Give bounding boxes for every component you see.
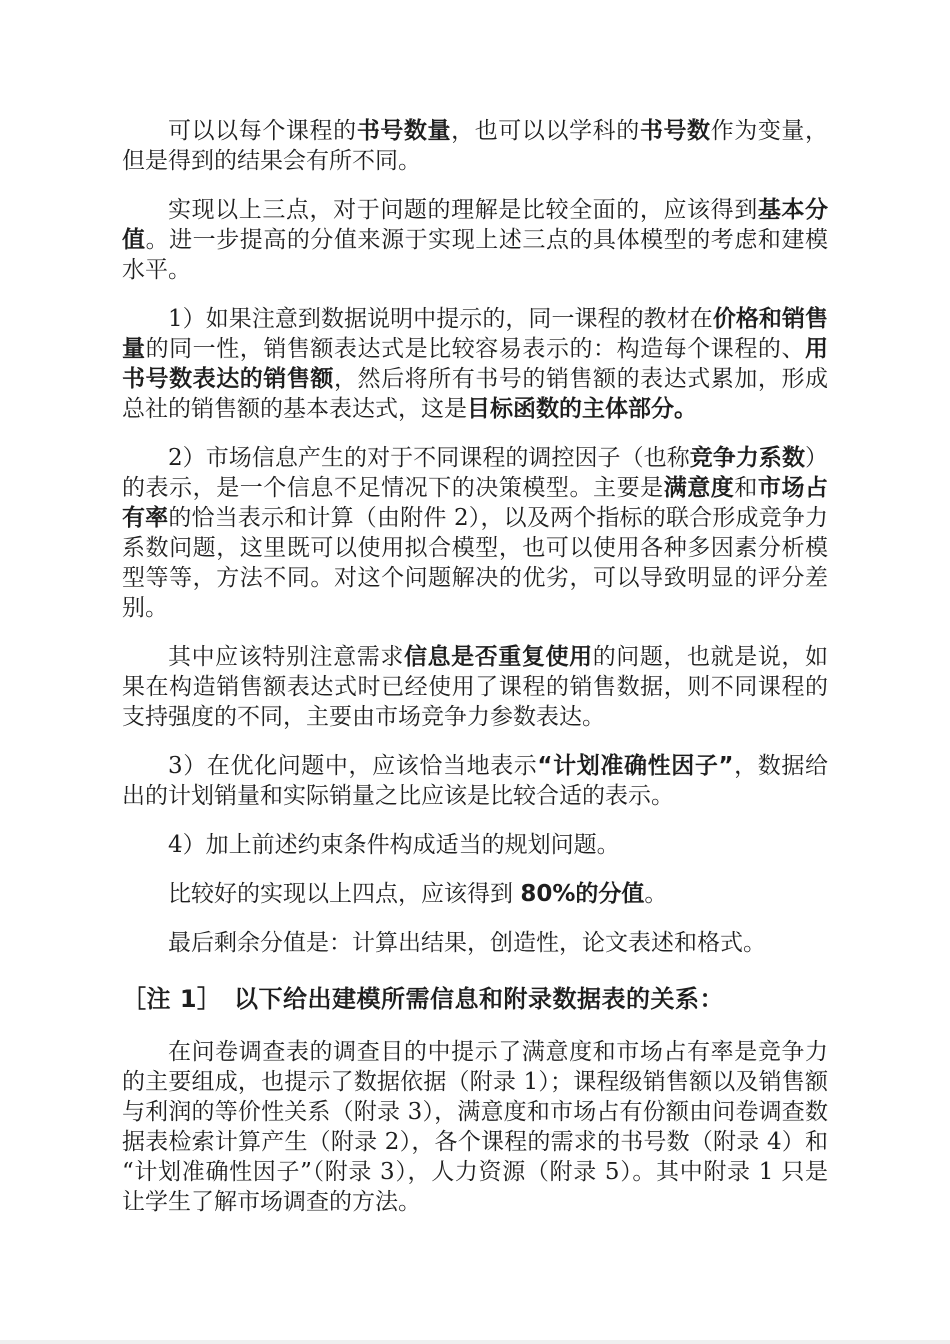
text-run: 3）在优化问题中，应该恰当地表示 xyxy=(168,753,537,779)
paragraph: 最后剩余分值是：计算出结果，创造性，论文表述和格式。 xyxy=(122,928,828,958)
text-run: 其中应该特别注意需求 xyxy=(168,644,404,670)
paragraph: 1）如果注意到数据说明中提示的，同一课程的教材在价格和销售量的同一性，销售额表达… xyxy=(122,304,828,424)
text-run: 实现以上三点，对于问题的理解是比较全面的，应该得到 xyxy=(168,197,758,223)
document-body: 可以以每个课程的书号数量，也可以以学科的书号数作为变量，但是得到的结果会有所不同… xyxy=(122,116,828,1236)
bold-text-run: 书号数 xyxy=(640,118,711,144)
text-run: 比较好的实现以上四点，应该得到 xyxy=(168,881,520,907)
bold-text-run: 目标函数的主体部分。 xyxy=(467,396,697,422)
note-heading: ［注 1］ 以下给出建模所需信息和附录数据表的关系： xyxy=(122,984,828,1014)
text-run: 1）如果注意到数据说明中提示的，同一课程的教材在 xyxy=(168,306,713,332)
text-run: 的同一性，销售额表达式是比较容易表示的：构造每个课程的、 xyxy=(146,336,805,362)
paragraph: 比较好的实现以上四点，应该得到 80%的分值。 xyxy=(122,879,828,909)
text-run: 2）市场信息产生的对于不同课程的调控因子（也称 xyxy=(168,445,690,471)
bold-text-run: 竞争力系数 xyxy=(690,445,805,471)
paragraph: 2）市场信息产生的对于不同课程的调控因子（也称竞争力系数）的表示，是一个信息不足… xyxy=(122,443,828,623)
text-run: 。进一步提高的分值来源于实现上述三点的具体模型的考虑和建模水平。 xyxy=(122,227,828,283)
text-run: 的恰当表示和计算（由附件 2），以及两个指标的联合形成竞争力系数问题，这里既可以… xyxy=(122,505,828,621)
text-run: 在问卷调查表的调查目的中提示了满意度和市场占有率是竞争力的主要组成，也提示了数据… xyxy=(122,1039,828,1215)
text-run: 。 xyxy=(644,881,667,907)
paragraph: 4）加上前述约束条件构成适当的规划问题。 xyxy=(122,830,828,860)
text-run: 最后剩余分值是：计算出结果，创造性，论文表述和格式。 xyxy=(168,930,766,956)
bold-text-run: 满意度 xyxy=(664,475,735,501)
bold-text-run: “计划准确性因子” xyxy=(537,753,733,779)
document-page: 可以以每个课程的书号数量，也可以以学科的书号数作为变量，但是得到的结果会有所不同… xyxy=(0,0,950,1344)
paragraph: 可以以每个课程的书号数量，也可以以学科的书号数作为变量，但是得到的结果会有所不同… xyxy=(122,116,828,176)
bold-text-run: 书号数量 xyxy=(357,118,451,144)
text-run: ，也可以以学科的 xyxy=(451,118,640,144)
bold-text-run: 信息是否重复使用 xyxy=(404,644,593,670)
paragraph: 在问卷调查表的调查目的中提示了满意度和市场占有率是竞争力的主要组成，也提示了数据… xyxy=(122,1037,828,1217)
page-bottom-edge xyxy=(0,1340,950,1344)
bold-text-run: 80%的分值 xyxy=(520,881,644,907)
paragraph: 3）在优化问题中，应该恰当地表示“计划准确性因子”，数据给出的计划销量和实际销量… xyxy=(122,751,828,811)
text-run: 4）加上前述约束条件构成适当的规划问题。 xyxy=(168,832,620,858)
paragraph: 实现以上三点，对于问题的理解是比较全面的，应该得到基本分值。进一步提高的分值来源… xyxy=(122,195,828,285)
paragraph: 其中应该特别注意需求信息是否重复使用的问题，也就是说，如果在构造销售额表达式时已… xyxy=(122,642,828,732)
text-run: 可以以每个课程的 xyxy=(168,118,357,144)
bold-text-run: ［注 1］ 以下给出建模所需信息和附录数据表的关系： xyxy=(122,985,724,1013)
text-run: 和 xyxy=(734,475,758,501)
